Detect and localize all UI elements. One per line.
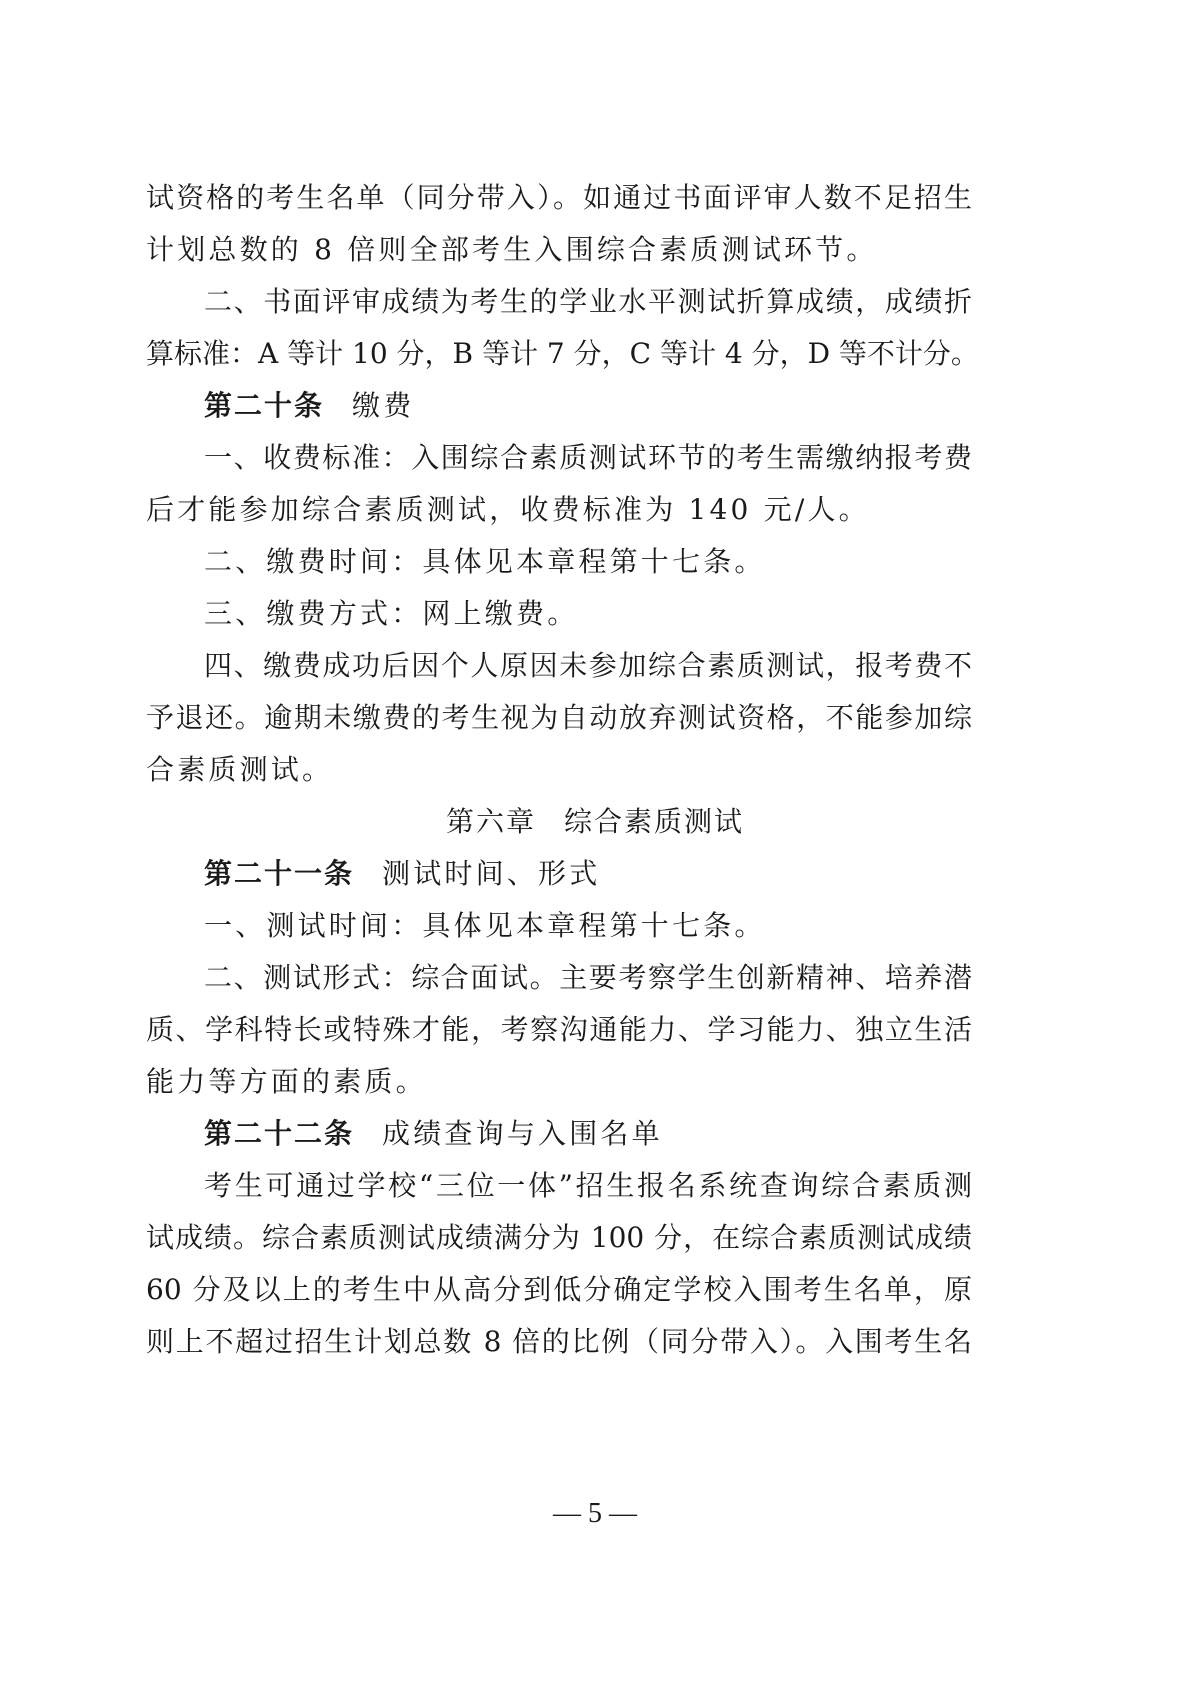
text-line: 二、测试形式：综合面试。主要考察学生创新精神、培养潜 xyxy=(204,960,972,996)
text-line: 计划总数的 8 倍则全部考生入围综合素质测试环节。 xyxy=(146,232,972,268)
text-line: 试成绩。综合素质测试成绩满分为 100 分，在综合素质测试成绩 xyxy=(146,1220,972,1256)
article-heading-21: 第二十一条测试时间、形式 xyxy=(204,856,972,892)
text-line: 试资格的考生名单（同分带入）。如通过书面评审人数不足招生 xyxy=(146,180,972,216)
document-page: 试资格的考生名单（同分带入）。如通过书面评审人数不足招生 计划总数的 8 倍则全… xyxy=(0,0,1190,1684)
chapter-title: 综合素质测试 xyxy=(564,805,744,838)
text-line: 二、缴费时间：具体见本章程第十七条。 xyxy=(204,544,972,580)
article-title: 测试时间、形式 xyxy=(382,857,600,890)
text-line: 算标准：A 等计 10 分，B 等计 7 分，C 等计 4 分，D 等不计分。 xyxy=(146,336,972,372)
text-line: 一、测试时间：具体见本章程第十七条。 xyxy=(204,908,972,944)
article-title: 缴费 xyxy=(352,389,414,422)
article-number: 第二十二条 xyxy=(204,1117,354,1150)
article-title: 成绩查询与入围名单 xyxy=(382,1117,663,1150)
text-line: 一、收费标准：入围综合素质测试环节的考生需缴纳报考费 xyxy=(204,440,972,476)
chapter-heading: 第六章综合素质测试 xyxy=(0,804,1190,840)
text-line: 则上不超过招生计划总数 8 倍的比例（同分带入）。入围考生名 xyxy=(146,1324,972,1360)
article-number: 第二十条 xyxy=(204,389,324,422)
text-line: 三、缴费方式：网上缴费。 xyxy=(204,596,972,632)
text-line: 60 分及以上的考生中从高分到低分确定学校入围考生名单，原 xyxy=(146,1272,972,1308)
text-line: 四、缴费成功后因个人原因未参加综合素质测试，报考费不 xyxy=(204,648,972,684)
text-line: 能力等方面的素质。 xyxy=(146,1064,972,1100)
article-heading-22: 第二十二条成绩查询与入围名单 xyxy=(204,1116,972,1152)
chapter-number: 第六章 xyxy=(446,805,536,838)
text-line: 考生可通过学校“三位一体”招生报名系统查询综合素质测 xyxy=(204,1168,972,1204)
text-line: 后才能参加综合素质测试，收费标准为 140 元/人。 xyxy=(146,492,972,528)
text-line: 予退还。逾期未缴费的考生视为自动放弃测试资格，不能参加综 xyxy=(146,700,972,736)
text-line: 质、学科特长或特殊才能，考察沟通能力、学习能力、独立生活 xyxy=(146,1012,972,1048)
text-line: 合素质测试。 xyxy=(146,752,972,788)
text-line: 二、书面评审成绩为考生的学业水平测试折算成绩，成绩折 xyxy=(204,284,972,320)
page-number: — 5 — xyxy=(0,1496,1190,1532)
article-number: 第二十一条 xyxy=(204,857,354,890)
article-heading-20: 第二十条缴费 xyxy=(204,388,972,424)
